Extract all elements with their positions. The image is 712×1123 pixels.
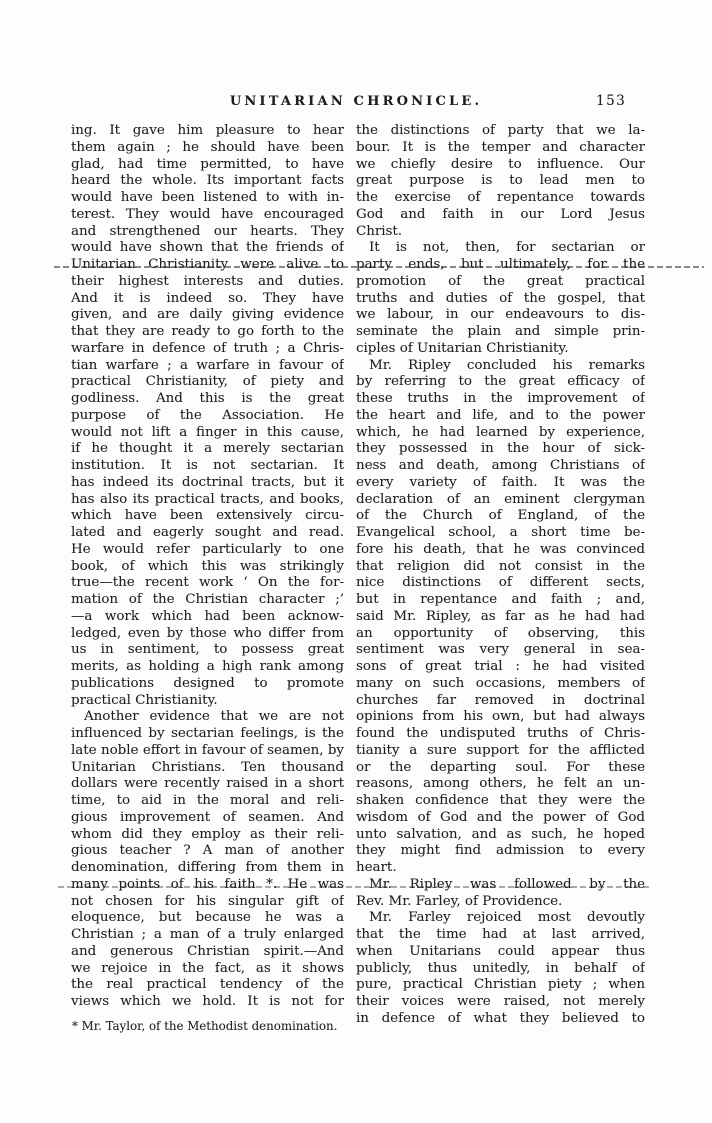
text-line: seminate the plain and simple prin- <box>356 324 645 341</box>
text-line: would not lift a finger in this cause, <box>71 425 344 442</box>
text-line: publications designed to promote <box>71 676 344 693</box>
text-line: institution. It is not sectarian. It <box>71 458 344 475</box>
text-line: the distinctions of party that we la- <box>356 123 645 140</box>
text-line: them again ; he should have been <box>71 140 344 157</box>
text-line: would have shown that the friends of <box>71 240 344 257</box>
text-line: fore his death, that he was convinced <box>356 542 645 559</box>
text-line: purpose of the Association. He <box>71 408 344 425</box>
text-line: has also its practical tracts, and books… <box>71 492 344 509</box>
text-line: every variety of faith. It was the <box>356 475 645 492</box>
text-line: promotion of the great practical <box>356 274 645 291</box>
text-line: Christian ; a man of a truly enlarged <box>71 927 344 944</box>
text-line: gious teacher ? A man of another <box>71 843 344 860</box>
text-line: God and faith in our Lord Jesus <box>356 207 645 224</box>
text-line: lated and eagerly sought and read. <box>71 525 344 542</box>
text-line: influenced by sectarian feelings, is the <box>71 726 344 743</box>
text-line: terest. They would have encouraged <box>71 207 344 224</box>
text-column-left: ing. It gave him pleasure to hearthem ag… <box>71 123 344 1011</box>
text-line: heart. <box>356 860 645 877</box>
text-line: shaken confidence that they were the <box>356 793 645 810</box>
text-line: their highest interests and duties. <box>71 274 344 291</box>
text-line: bour. It is the temper and character <box>356 140 645 157</box>
text-line: great purpose is to lead men to <box>356 173 645 190</box>
text-line: their voices were raised, not merely <box>356 994 645 1011</box>
text-line: in defence of what they believed to <box>356 1011 645 1028</box>
text-line: we rejoice in the fact, as it shows <box>71 961 344 978</box>
text-line: Evangelical school, a short time be- <box>356 525 645 542</box>
text-line: tianity a sure support for the afflicted <box>356 743 645 760</box>
text-line: they possessed in the hour of sick- <box>356 441 645 458</box>
text-line: tian warfare ; a warfare in favour of <box>71 358 344 375</box>
text-line: has indeed its doctrinal tracts, but it <box>71 475 344 492</box>
text-line: glad, had time permitted, to have <box>71 157 344 174</box>
text-column-right: the distinctions of party that we la-bou… <box>356 123 645 1028</box>
text-line: mation of the Christian character ;’ <box>71 592 344 609</box>
text-line: warfare in defence of truth ; a Chris- <box>71 341 344 358</box>
text-line: Mr. Farley rejoiced most devoutly <box>356 910 645 927</box>
text-line: late noble effort in favour of seamen, b… <box>71 743 344 760</box>
text-line: an opportunity of observing, this <box>356 626 645 643</box>
text-line: sons of great trial : he had visited <box>356 659 645 676</box>
text-line: said Mr. Ripley, as far as he had had <box>356 609 645 626</box>
text-line: dollars were recently raised in a short <box>71 776 344 793</box>
scan-line-upper <box>54 266 704 268</box>
text-line: He would refer particularly to one <box>71 542 344 559</box>
text-line: or the departing soul. For these <box>356 760 645 777</box>
text-line: when Unitarians could appear thus <box>356 944 645 961</box>
text-line: of the Church of England, of the <box>356 508 645 525</box>
text-line: we chiefly desire to influence. Our <box>356 157 645 174</box>
text-line: we labour, in our endeavours to dis- <box>356 307 645 324</box>
footnote: * Mr. Taylor, of the Methodist denominat… <box>72 1019 345 1034</box>
page-number: 153 <box>596 93 626 109</box>
text-line: reasons, among others, he felt an un- <box>356 776 645 793</box>
text-line: publicly, thus unitedly, in behalf of <box>356 961 645 978</box>
text-line: whom did they employ as their reli- <box>71 827 344 844</box>
text-line: —a work which had been acknow- <box>71 609 344 626</box>
text-line: denomination, differing from them in <box>71 860 344 877</box>
text-line: And it is indeed so. They have <box>71 291 344 308</box>
text-line: which have been extensively circu- <box>71 508 344 525</box>
scan-line-lower <box>58 886 652 888</box>
text-line: the exercise of repentance towards <box>356 190 645 207</box>
scanned-page: UNITARIAN CHRONICLE. 153 ing. It gave hi… <box>0 0 712 1123</box>
text-line: Another evidence that we are not <box>71 709 344 726</box>
text-line: found the undisputed truths of Chris- <box>356 726 645 743</box>
text-line: heard the whole. Its important facts <box>71 173 344 190</box>
text-line: if he thought it a merely sectarian <box>71 441 344 458</box>
text-line: ness and death, among Christians of <box>356 458 645 475</box>
text-line: but in repentance and faith ; and, <box>356 592 645 609</box>
text-line: eloquence, but because he was a <box>71 910 344 927</box>
text-line: Christ. <box>356 224 645 241</box>
text-line: pure, practical Christian piety ; when <box>356 977 645 994</box>
text-line: practical Christianity, of piety and <box>71 374 344 391</box>
text-line: book, of which this was strikingly <box>71 559 344 576</box>
text-line: and generous Christian spirit.—And <box>71 944 344 961</box>
text-line: true—the recent work ‘ On the for- <box>71 575 344 592</box>
text-line: unto salvation, and as such, he hoped <box>356 827 645 844</box>
text-line: declaration of an eminent clergyman <box>356 492 645 509</box>
text-line: Rev. Mr. Farley, of Providence. <box>356 894 645 911</box>
text-line: wisdom of God and the power of God <box>356 810 645 827</box>
text-line: practical Christianity. <box>71 693 344 710</box>
text-line: the heart and life, and to the power <box>356 408 645 425</box>
text-line: that religion did not consist in the <box>356 559 645 576</box>
text-line: that they are ready to go forth to the <box>71 324 344 341</box>
text-line: churches far removed in doctrinal <box>356 693 645 710</box>
text-line: ledged, even by those who differ from <box>71 626 344 643</box>
text-line: time, to aid in the moral and reli- <box>71 793 344 810</box>
text-line: It is not, then, for sectarian or <box>356 240 645 257</box>
text-line: many on such occasions, members of <box>356 676 645 693</box>
text-line: would have been listened to with in- <box>71 190 344 207</box>
text-line: Unitarian Christians. Ten thousand <box>71 760 344 777</box>
text-line: and strengthened our hearts. They <box>71 224 344 241</box>
text-line: ing. It gave him pleasure to hear <box>71 123 344 140</box>
text-line: the real practical tendency of the <box>71 977 344 994</box>
text-line: godliness. And this is the great <box>71 391 344 408</box>
text-line: Mr. Ripley concluded his remarks <box>356 358 645 375</box>
text-line: which, he had learned by experience, <box>356 425 645 442</box>
text-line: sentiment was very general in sea- <box>356 642 645 659</box>
text-line: merits, as holding a high rank among <box>71 659 344 676</box>
text-line: that the time had at last arrived, <box>356 927 645 944</box>
text-line: ciples of Unitarian Christianity. <box>356 341 645 358</box>
text-line: not chosen for his singular gift of <box>71 894 344 911</box>
text-line: gious improvement of seamen. And <box>71 810 344 827</box>
text-line: us in sentiment, to possess great <box>71 642 344 659</box>
text-line: nice distinctions of different sects, <box>356 575 645 592</box>
text-line: truths and duties of the gospel, that <box>356 291 645 308</box>
text-line: opinions from his own, but had always <box>356 709 645 726</box>
text-line: by referring to the great efficacy of <box>356 374 645 391</box>
text-line: views which we hold. It is not for <box>71 994 344 1011</box>
text-line: these truths in the improvement of <box>356 391 645 408</box>
text-line: they might find admission to every <box>356 843 645 860</box>
text-line: given, and are daily giving evidence <box>71 307 344 324</box>
